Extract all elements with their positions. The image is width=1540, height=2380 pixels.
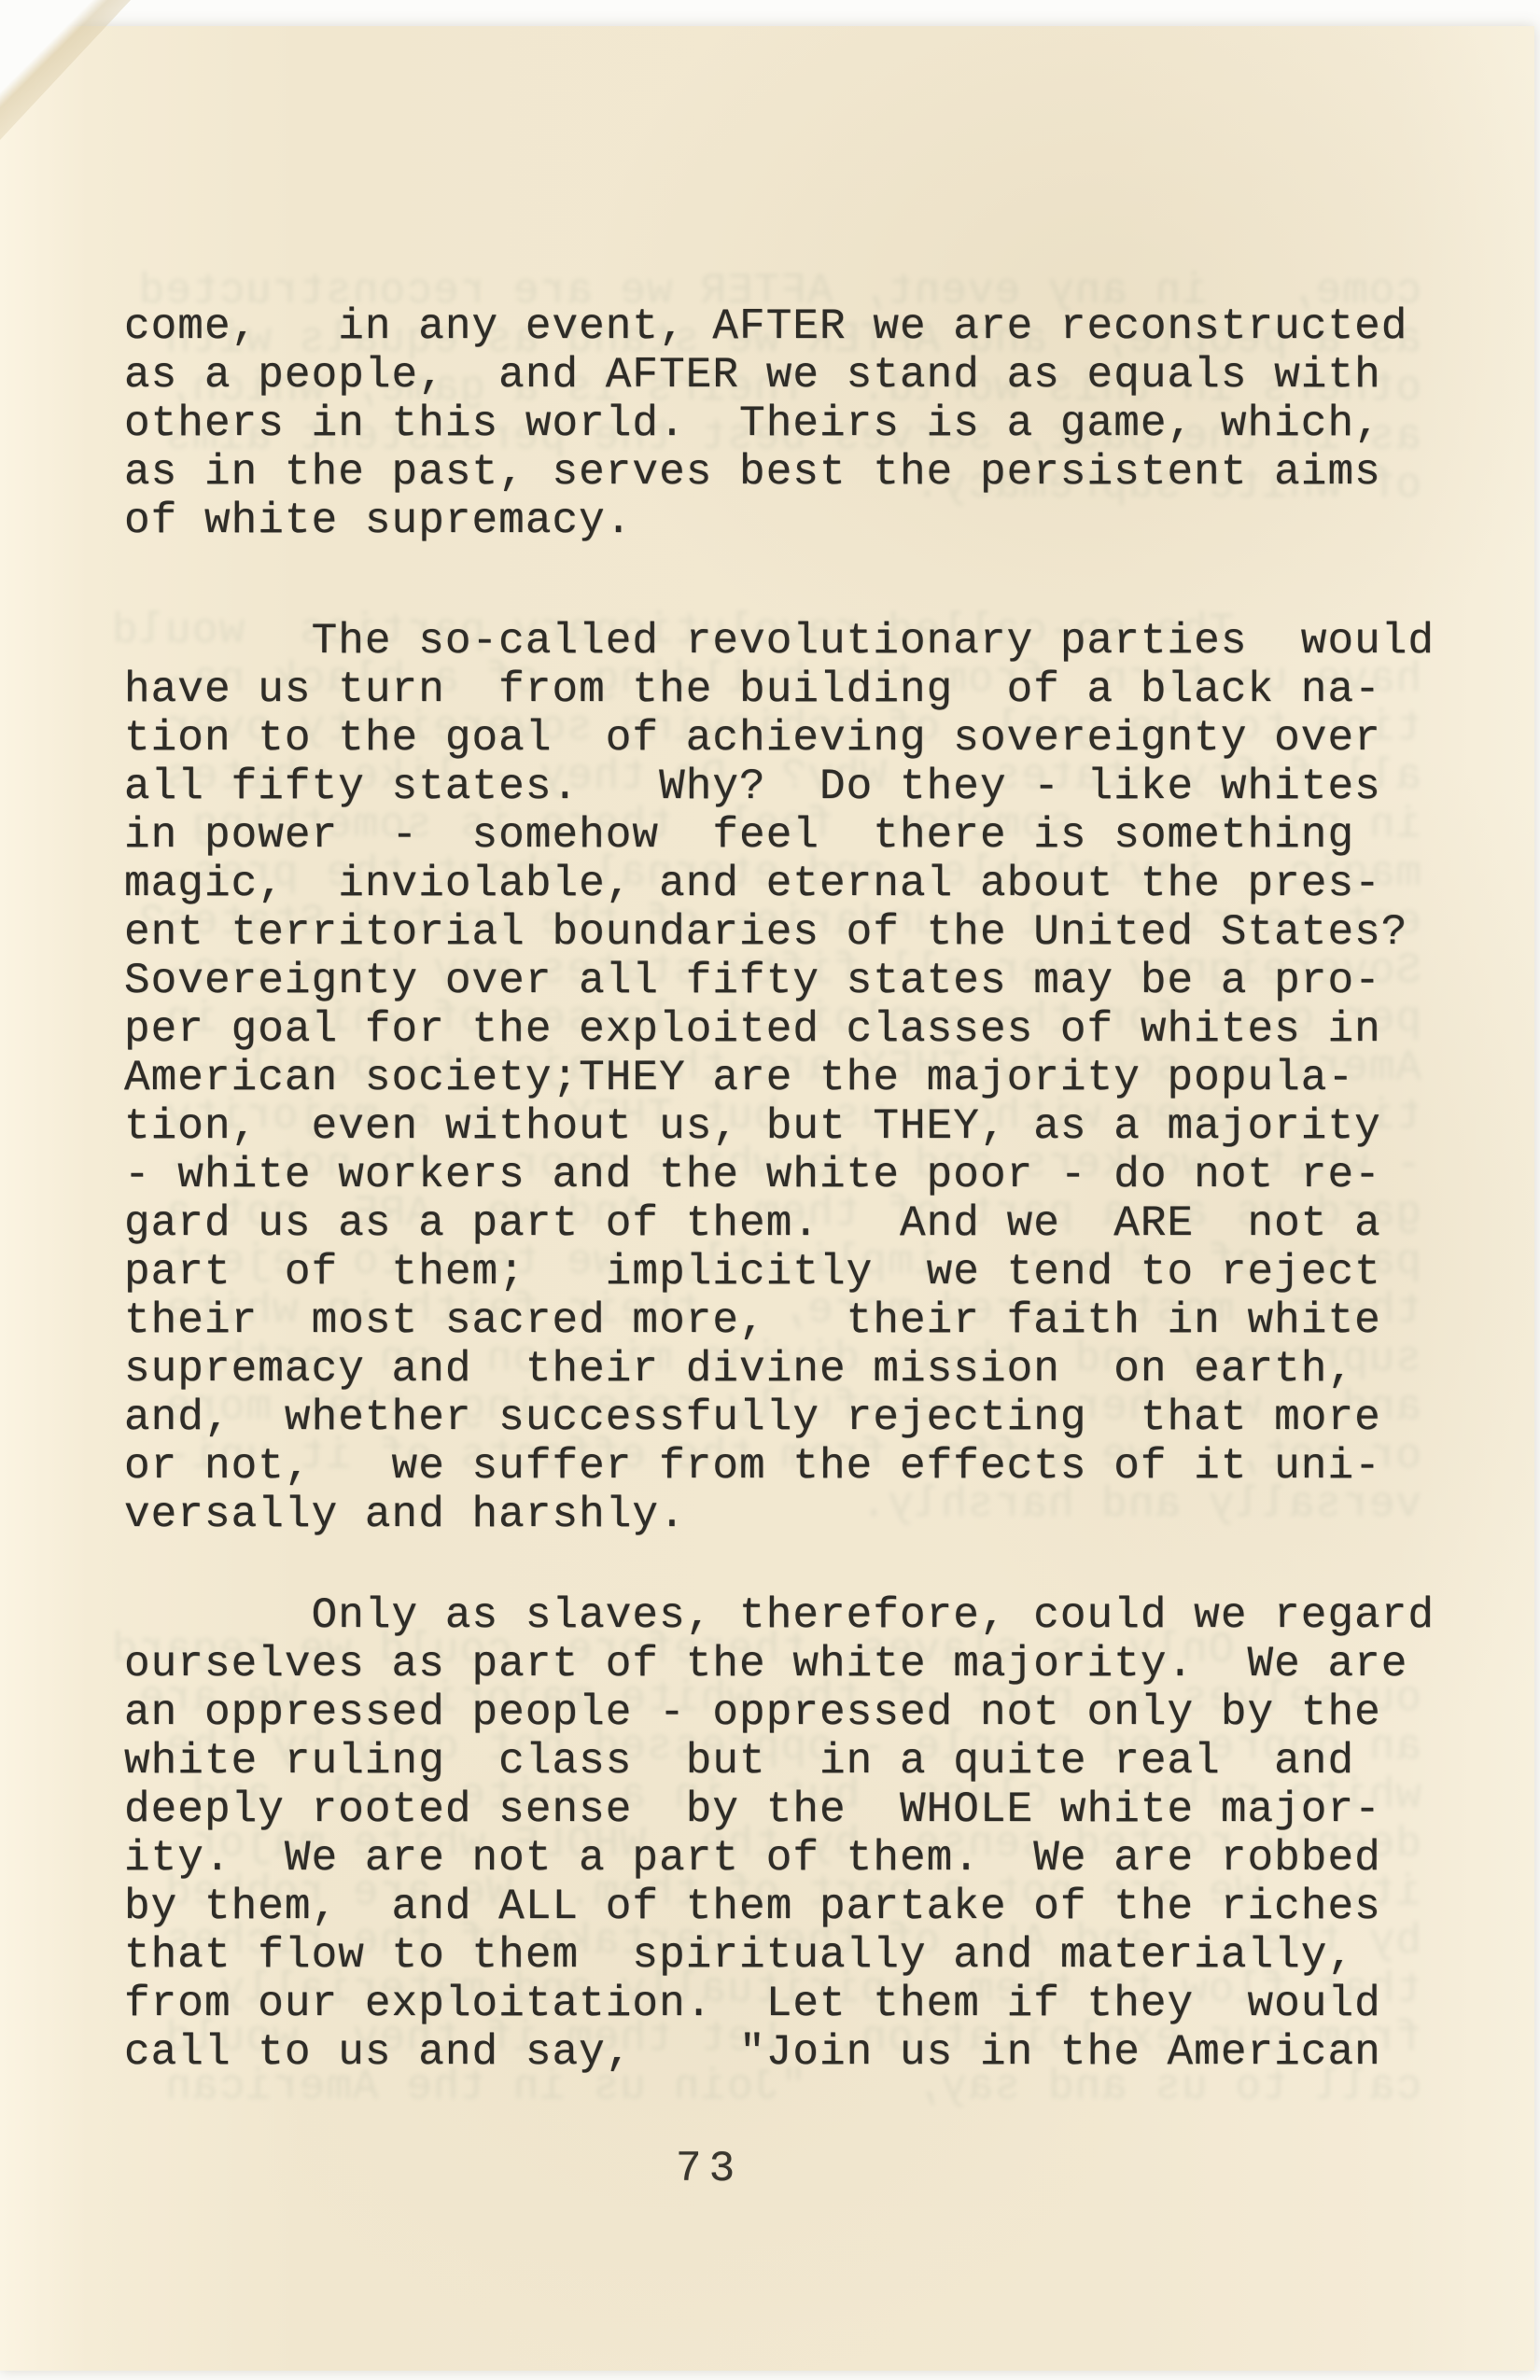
paragraph-2: The so-called revolutionary parties woul… [124,617,1431,1539]
page-text: come, in any event, AFTER we are reconst… [124,302,1431,2077]
paper-sheet: come, in any event, AFTER we are reconst… [0,26,1534,2371]
paragraph-3: Only as slaves, therefore, could we rega… [124,1591,1431,2077]
paragraph-1: come, in any event, AFTER we are reconst… [124,302,1431,545]
scanned-document: come, in any event, AFTER we are reconst… [0,0,1540,2380]
page-number: 73 [676,2145,742,2193]
